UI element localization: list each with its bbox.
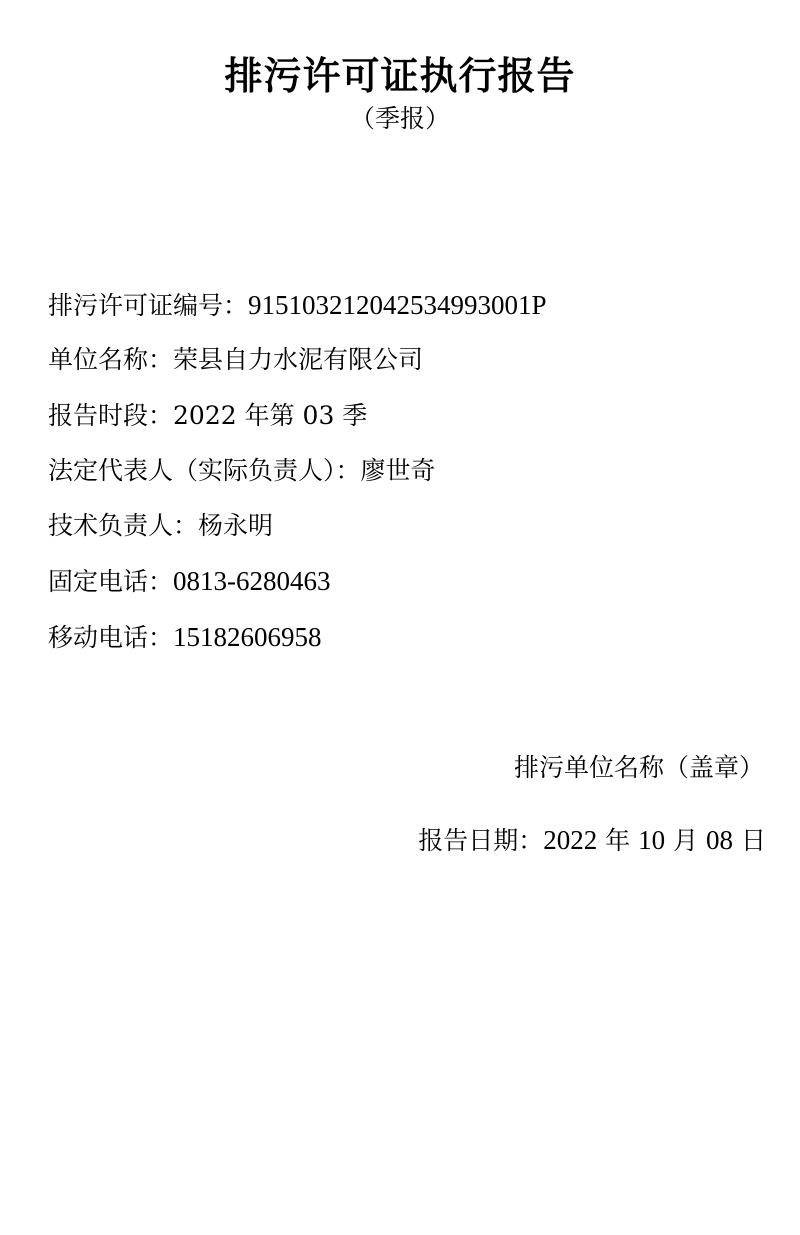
technical-lead-value: 杨永明 (198, 511, 273, 540)
mobile-label: 移动电话： (48, 623, 173, 652)
legal-representative-label: 法定代表人（实际负责人）： (48, 456, 361, 485)
info-row-report-period: 报告时段：2022 年第 03 季 (48, 396, 547, 451)
company-stamp-label: 排污单位名称（盖章） (514, 748, 764, 788)
report-cover-page: 排污许可证执行报告 （季报） 排污许可证编号：91510321204253499… (0, 0, 800, 1235)
document-subtitle: （季报） (0, 102, 800, 136)
info-row-technical-lead: 技术负责人：杨永明 (48, 506, 547, 561)
info-row-permit-number: 排污许可证编号：915103212042534993001P (48, 285, 547, 340)
technical-lead-label: 技术负责人： (48, 511, 198, 540)
document-title: 排污许可证执行报告 (0, 52, 800, 100)
report-date-year: 2022 (543, 825, 597, 855)
permit-number-label: 排污许可证编号： (48, 291, 248, 320)
report-date-label: 报告日期： (418, 826, 543, 855)
report-date-month: 10 (638, 825, 665, 855)
info-row-company-name: 单位名称：荣县自力水泥有限公司 (48, 340, 547, 395)
info-row-mobile: 移动电话：15182606958 (48, 617, 547, 672)
legal-representative-value: 廖世奇 (361, 456, 436, 485)
report-date-day: 08 (706, 825, 733, 855)
permit-number-value: 915103212042534993001P (248, 290, 547, 320)
company-name-value: 荣县自力水泥有限公司 (173, 345, 423, 374)
info-row-landline: 固定电话：0813-6280463 (48, 561, 547, 616)
report-date-year-unit: 年 (597, 826, 638, 855)
report-date: 报告日期：2022 年 10 月 08 日 (418, 820, 766, 861)
report-period-label: 报告时段： (48, 401, 173, 430)
landline-value: 0813-6280463 (173, 566, 331, 596)
report-date-day-unit: 日 (733, 826, 766, 855)
mobile-value: 15182606958 (173, 622, 322, 652)
info-row-legal-representative: 法定代表人（实际负责人）：廖世奇 (48, 451, 547, 506)
company-name-label: 单位名称： (48, 345, 173, 374)
report-date-month-unit: 月 (665, 826, 706, 855)
info-list: 排污许可证编号：915103212042534993001P 单位名称：荣县自力… (48, 285, 547, 672)
report-period-value: 2022 年第 03 季 (173, 401, 367, 430)
landline-label: 固定电话： (48, 567, 173, 596)
